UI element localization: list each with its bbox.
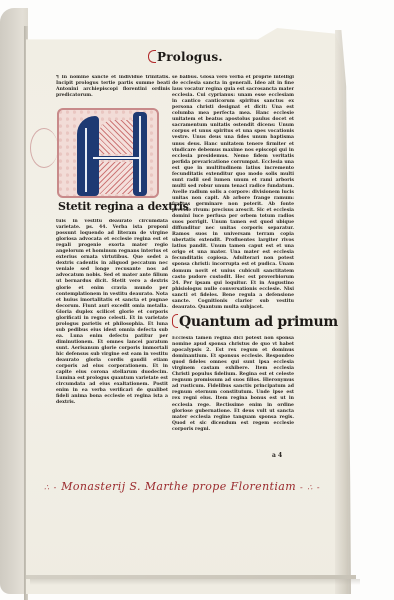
rubric-capital-mark xyxy=(148,50,156,63)
illuminated-initial-s xyxy=(53,104,161,200)
initial-filigree-bottom xyxy=(99,162,133,194)
running-headline: Prologus. xyxy=(148,50,223,64)
ownership-inscription: ∴ - Monasterij S. Marthe prope Florentia… xyxy=(44,480,321,493)
left-column-body: tuis in vestitu deaurato circumdata vari… xyxy=(56,219,168,458)
inscription-text: Monasterij S. Marthe prope Florentiam xyxy=(61,480,296,493)
initial-filigree-top xyxy=(99,120,133,154)
section-heading-text: Quantum ad primum xyxy=(179,314,338,330)
initial-crossbar xyxy=(93,156,139,160)
inscription-ornament-right: - ∴ - xyxy=(300,483,321,492)
marginal-pen-flourish-icon xyxy=(30,128,58,168)
initial-highlight xyxy=(139,116,141,192)
right-column-body: se balbus. Glosa vero verba et proprie i… xyxy=(172,75,294,311)
book-photograph: Prologus. ¶ In nomine sancte et individu… xyxy=(0,0,394,600)
initial-highlight xyxy=(85,128,87,192)
quire-signature: a 4 xyxy=(272,452,282,459)
incipit-heading: Stetit regina a dextris xyxy=(58,200,189,213)
section-body: Ecclesia tamen regina dici potest non sp… xyxy=(172,336,294,452)
page-shadow xyxy=(30,579,360,585)
rubric-capital-mark xyxy=(172,314,178,328)
section-heading: Quantum ad primum xyxy=(172,314,338,330)
prologue-intro-text: ¶ In nomine sancte et individue trinitat… xyxy=(56,75,170,105)
headline-text: Prologus. xyxy=(157,50,223,64)
inscription-ornament-left: ∴ - xyxy=(44,483,57,492)
page-fore-edge xyxy=(335,30,351,594)
